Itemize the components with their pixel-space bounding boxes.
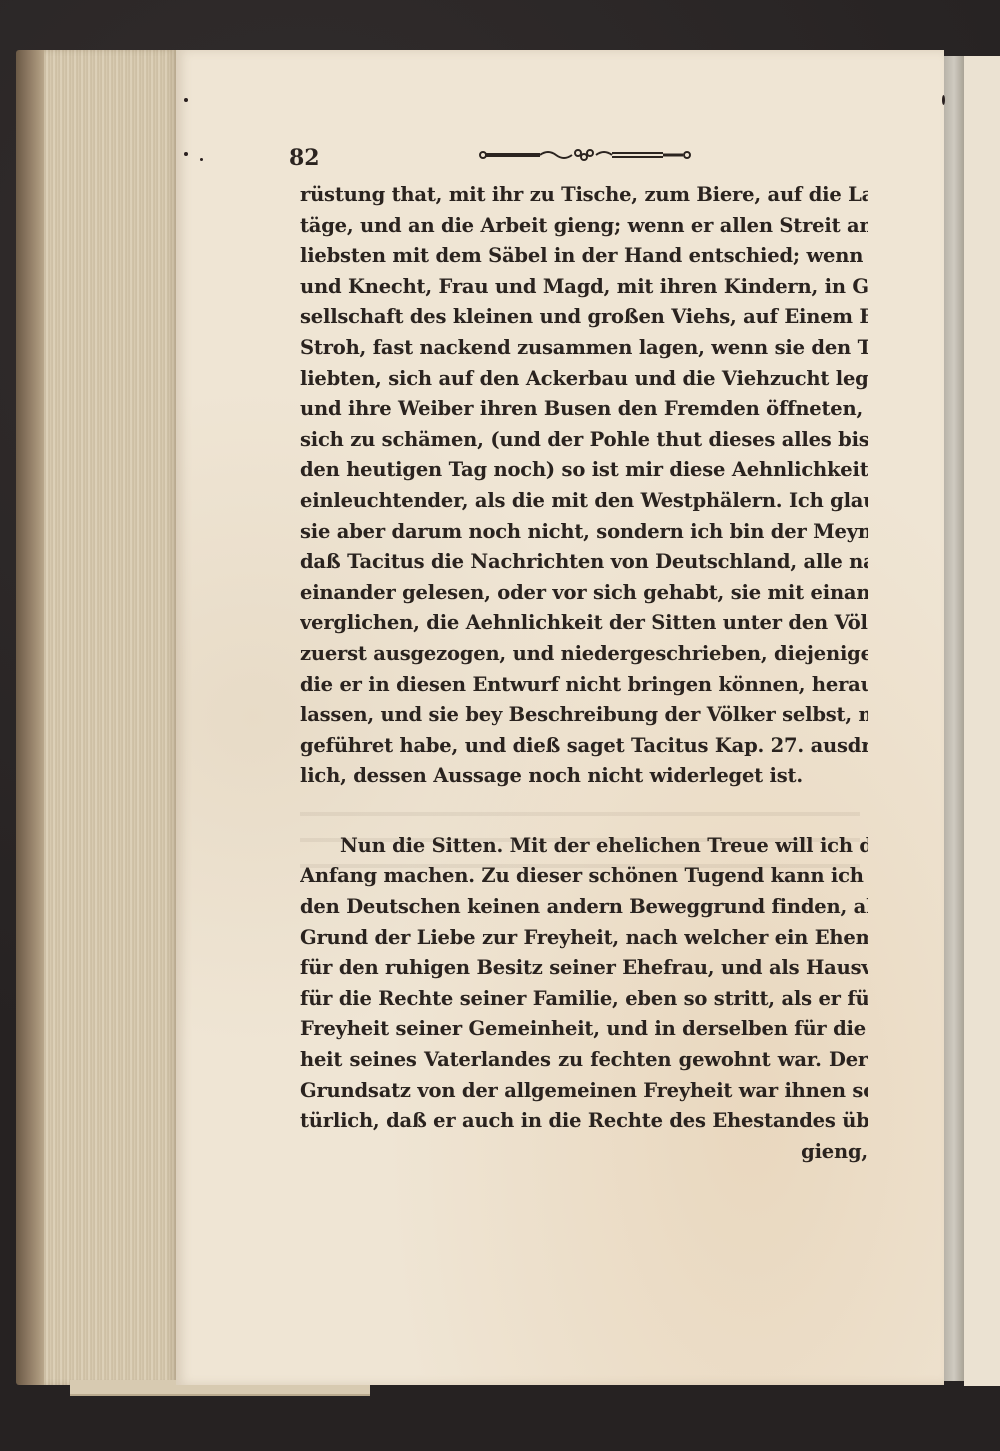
page-stack-edge	[44, 50, 176, 1385]
text-line: verglichen, die Aehnlichkeit der Sitten …	[300, 608, 868, 639]
text-line: die er in diesen Entwurf nicht bringen k…	[300, 670, 868, 701]
text-line: sellschaft des kleinen und großen Viehs,…	[300, 302, 868, 333]
text-line: türlich, daß er auch in die Rechte des E…	[300, 1106, 868, 1137]
paragraph: rüstung that, mit ihr zu Tische, zum Bie…	[300, 180, 868, 792]
text-line: täge, und an die Arbeit gieng; wenn er a…	[300, 211, 868, 242]
book-cover-edge	[16, 50, 44, 1385]
text-line: lassen, und sie bey Beschreibung der Völ…	[300, 700, 868, 731]
paragraph: Nun die Sitten. Mit der ehelichen Treue …	[300, 831, 868, 1168]
text-line: einander gelesen, oder vor sich gehabt, …	[300, 578, 868, 609]
text-line: geführet habe, und dieß saget Tacitus Ka…	[300, 731, 868, 762]
text-line: den Deutschen keinen andern Beweggrund f…	[300, 892, 868, 923]
text-line: einleuchtender, als die mit den Westphäl…	[300, 486, 868, 517]
text-line: liebten, sich auf den Ackerbau und die V…	[300, 364, 868, 395]
text-line: zuerst ausgezogen, und niedergeschrieben…	[300, 639, 868, 670]
text-line: Stroh, fast nackend zusammen lagen, wenn…	[300, 333, 868, 364]
text-line: Anfang machen. Zu dieser schönen Tugend …	[300, 861, 868, 892]
text-line: lich, dessen Aussage noch nicht widerleg…	[300, 761, 868, 792]
catchword: gieng,	[300, 1137, 868, 1168]
text-line: Nun die Sitten. Mit der ehelichen Treue …	[300, 831, 868, 862]
text-line: liebsten mit dem Säbel in der Hand entsc…	[300, 241, 868, 272]
text-line: rüstung that, mit ihr zu Tische, zum Bie…	[300, 180, 868, 211]
page-number: 82	[289, 145, 320, 171]
text-line: und ihre Weiber ihren Busen den Fremden …	[300, 394, 868, 425]
text-line: sie aber darum noch nicht, sondern ich b…	[300, 517, 868, 548]
text-line: für den ruhigen Besitz seiner Ehefrau, u…	[300, 953, 868, 984]
text-line: für die Rechte seiner Familie, eben so s…	[300, 984, 868, 1015]
text-line: Grund der Liebe zur Freyheit, nach welch…	[300, 923, 868, 954]
text-line: sich zu schämen, (und der Pohle thut die…	[300, 425, 868, 456]
text-line: heit seines Vaterlandes zu fechten gewoh…	[300, 1045, 868, 1076]
text-line: Grundsatz von der allgemeinen Freyheit w…	[300, 1076, 868, 1107]
body-text: rüstung that, mit ihr zu Tische, zum Bie…	[300, 180, 868, 1167]
text-line: daß Tacitus die Nachrichten von Deutschl…	[300, 547, 868, 578]
ornament-rule-icon	[478, 147, 692, 163]
text-line: und Knecht, Frau und Magd, mit ihren Kin…	[300, 272, 868, 303]
text-line: den heutigen Tag noch) so ist mir diese …	[300, 455, 868, 486]
book-gutter	[944, 56, 964, 1381]
text-line: Freyheit seiner Gemeinheit, und in derse…	[300, 1014, 868, 1045]
facing-page-sliver	[964, 56, 1000, 1386]
